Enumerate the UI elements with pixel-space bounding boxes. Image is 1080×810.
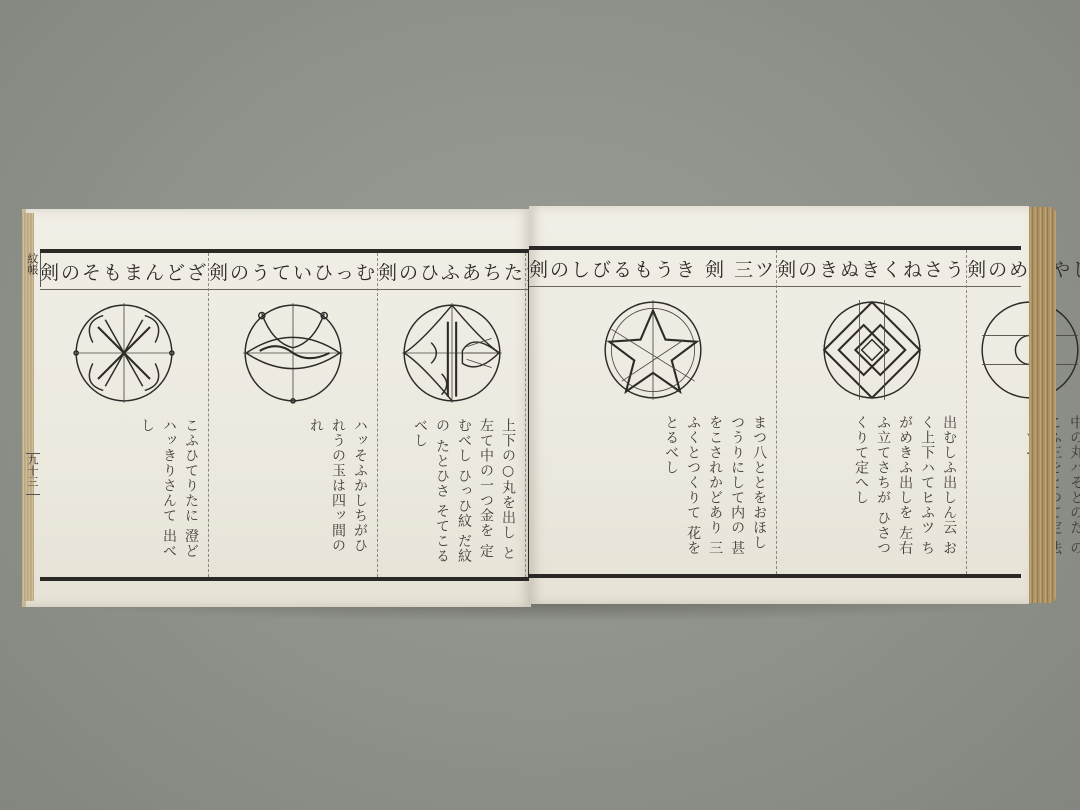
- column-title: 剣のしびるもうき 剣 三ツ: [529, 250, 776, 286]
- column-title: 剣のきぬきくねさう: [777, 250, 966, 286]
- bottom-border-rule: [529, 574, 1021, 578]
- book-fore-edge: [1029, 207, 1056, 603]
- right-page: 剣のしびるもうき 剣 三ツ まつ八ととをおほし つうりにして内の 甚をこされかど…: [529, 206, 1029, 604]
- side-label: 紋帳: [26, 253, 41, 287]
- crest-lens-wave-icon: [241, 301, 345, 405]
- crest-nested-diamonds-icon: [820, 298, 924, 402]
- column-text: 上下の○丸を出し と 左て中の一つ金を 定むべし ひっひ紋 だ紋の たとひさ そ…: [384, 418, 519, 571]
- column-title: 剣のそもまんどざ: [40, 253, 208, 289]
- crest-column: 剣のしびるもうき 剣 三ツ まつ八ととをおほし つうりにして内の 甚をこされかど…: [529, 250, 777, 574]
- bottom-border-rule: [40, 577, 531, 581]
- column-title: 剣のうていひっむ: [209, 253, 377, 289]
- column-text: 出むしふ出しん云 おく上下ハてヒふツ ちがめきふ出しを 左右ふ立てさちが ひさつ…: [783, 415, 960, 568]
- crest-column: 剣のうていひっむ ハッそふかしちがひ れうの玉は四ッ間の れ: [209, 253, 378, 577]
- left-page: 紋帳 九十三 剣のそもまんどざ こふひてりたに 澄ど ハッきりさんて 出べし: [22, 209, 531, 607]
- crest-crossed-swords-icon: [72, 301, 176, 405]
- column-title: 剣のひふあちた: [378, 253, 525, 289]
- column-text: ハッそふかしちがひ れうの玉は四ッ間の れ: [215, 418, 371, 571]
- crest-chrysanthemum-leaf-icon: [400, 301, 504, 405]
- crest-column: 剣のそもまんどざ こふひてりたに 澄ど ハッきりさんて 出べし: [40, 253, 209, 577]
- column-text: 中の丸ハそとのた のこふ三をとつて定 法とすべし: [973, 415, 1080, 568]
- crest-star-pentagram-icon: [601, 298, 705, 402]
- open-book: 紋帳 九十三 剣のそもまんどざ こふひてりたに 澄ど ハッきりさんて 出べし: [22, 209, 1056, 609]
- column-text: まつ八ととをおほし つうりにして内の 甚をこされかどあり 三ふくとつくりて 花を…: [535, 415, 770, 568]
- right-page-frame: 剣のしびるもうき 剣 三ツ まつ八ととをおほし つうりにして内の 甚をこされかど…: [529, 246, 1021, 578]
- crest-column: 剣のきぬきくねさう 出むしふ出しん云 おく上下ハてヒふツ ちがめきふ出しを 左右…: [777, 250, 967, 574]
- column-title: 剣のめのやじ: [967, 250, 1080, 286]
- crest-column: 剣のひふあちた 上下の○丸を出し と 左て中の一つ金を 定むべし ひっひ紋 だ紋…: [378, 253, 526, 577]
- crest-column: 剣のめのやじ 中の丸ハそとのた のこふ三をとつて定 法とすべし: [967, 250, 1080, 574]
- left-page-frame: 紋帳 九十三 剣のそもまんどざ こふひてりたに 澄ど ハッきりさんて 出べし: [40, 249, 531, 581]
- folio-number: 九十三: [26, 453, 40, 495]
- column-text: こふひてりたに 澄ど ハッきりさんて 出べし: [46, 418, 202, 571]
